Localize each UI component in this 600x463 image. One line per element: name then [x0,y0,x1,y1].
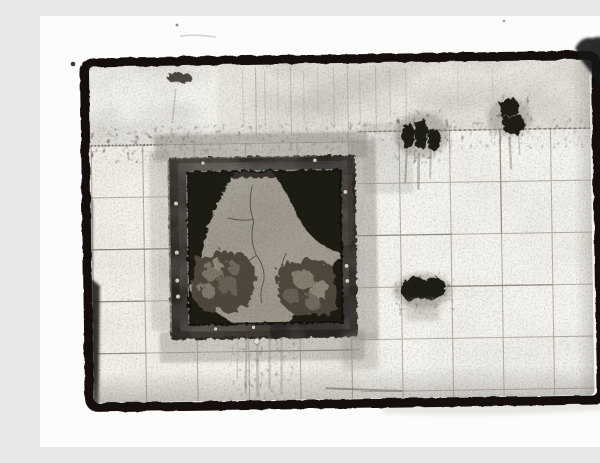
paper-speck [503,20,506,23]
photo-interior [87,58,594,405]
photograph: Tiled wall with empty square metal frame… [40,16,600,447]
paper-speck [176,24,179,27]
paper-speck [71,62,76,67]
film-grain [87,58,594,403]
photo-print [83,37,600,421]
